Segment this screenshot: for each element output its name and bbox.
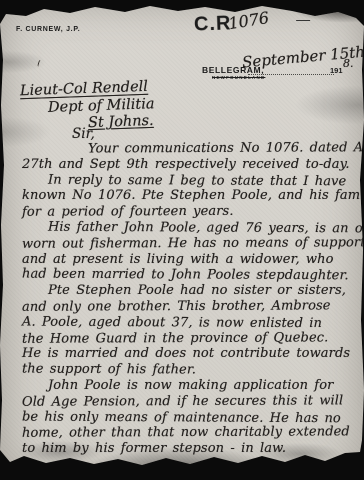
scanned-letter: F. CURNEW, J.P. C.R1076— BELLEGRAM, NEWF… [0, 0, 364, 480]
letter-line: for a period of fourteen years. [22, 203, 358, 220]
letterhead-year-digit: 8. [343, 57, 354, 70]
letterhead-region: NEWFOUNDLAND [212, 75, 265, 80]
letter-line: Your communications No 1076. dated Aug [22, 140, 358, 157]
letter-line: and at present is living with a widower,… [22, 252, 358, 268]
letter-line: He is married and does not contribute to… [22, 346, 358, 362]
letter-line: John Poole is now making application for [22, 378, 358, 394]
letter-line: the Home Guard in the province of Quebec… [22, 330, 358, 347]
letter-line: and only one brother. This brother, Ambr… [22, 298, 358, 315]
letter-line: In reply to same I beg to state that I h… [22, 172, 358, 190]
letter-line: had been married to John Pooles stepdaug… [22, 267, 358, 285]
letter-line: the support of his father. [22, 362, 358, 380]
letter-line: His father John Poole, aged 76 years, is… [22, 220, 358, 238]
letterhead: BELLEGRAM, NEWFOUNDLAND September 15th 1… [200, 52, 360, 84]
letter-line: Old Age Pension, and if he secures this … [22, 393, 358, 410]
file-number-stamp: C.R1076— [194, 13, 310, 36]
cr-stamp-text: C.R [194, 12, 232, 36]
letter-paper: F. CURNEW, J.P. C.R1076— BELLEGRAM, NEWF… [0, 0, 364, 480]
letter-body: Your communications No 1076. dated Aug 2… [22, 141, 358, 457]
address-line-3: St Johns. [88, 113, 154, 131]
letter-line: Pte Stephen Poole had no sister or siste… [22, 283, 358, 299]
letter-line: known No 1076. Pte Stephen Poole, and hi… [22, 188, 358, 204]
letter-line: A. Poole, aged about 37, is now enlisted… [22, 314, 358, 332]
letter-line: home, other than that now charitably ext… [22, 425, 358, 442]
justice-of-peace-name: F. CURNEW, J.P. [16, 26, 80, 33]
letter-line: 27th and Sept 9th respectively received … [22, 157, 358, 173]
ink-speck [37, 60, 43, 68]
letter-line: to him by his former stepson - in law. [22, 441, 358, 457]
file-number-handwritten: 1076 [228, 8, 271, 33]
dash-mark: — [296, 11, 310, 27]
letter-line: worn out fisherman. He has no means of s… [22, 235, 358, 252]
letterhead-year-printed: 191 [330, 66, 343, 75]
salutation: Sir, [72, 126, 95, 142]
